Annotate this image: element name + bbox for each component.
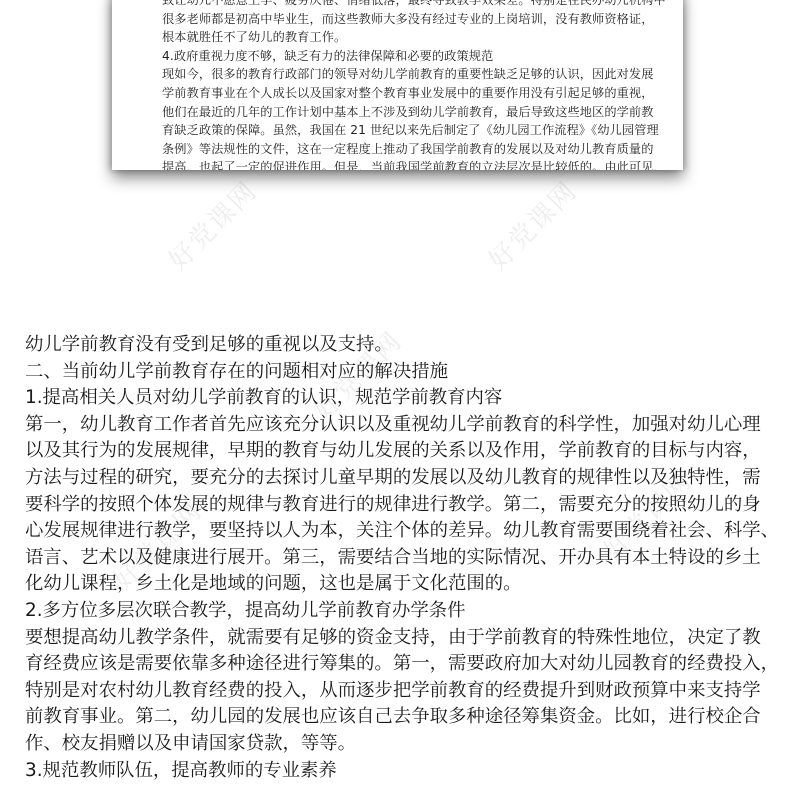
body-line: 特别是对农村幼儿教育经费的投入，从而逐步把学前教育的经费提升到财政预算中来支持学 — [25, 678, 785, 705]
card-line: 学前教育事业在个人成长以及国家对整个教育事业发展中的重要作用没有引起足够的重视， — [162, 84, 667, 103]
card-line: 提高，也起了一定的促进作用。但是，当前我国学前教育的立法层次是比较低的。由此可见… — [162, 158, 667, 170]
watermark: 好党课网 — [159, 172, 264, 277]
document-page-text: 致让幼儿不愿意上学、疲劳厌倦、情绪低落，最终导致教学效果差。特别是在民办幼儿机构… — [162, 0, 667, 170]
subsection-heading: 2.多方位多层次联合教学，提高幼儿学前教育办学条件 — [25, 598, 785, 625]
card-line: 现如今，很多的教育行政部门的领导对幼儿学前教育的重要性缺乏足够的认识，因此对发展 — [162, 65, 667, 84]
body-line: 要科学的按照个体发展的规律与教育进行的规律进行教学。第二，需要充分的按照幼儿的身 — [25, 492, 785, 519]
body-line: 心发展规律进行教学，要坚持以人为本，关注个体的差异。幼儿教育需要围绕着社会、科学… — [25, 518, 785, 545]
body-line: 以及其行为的发展规律，早期的教育与幼儿发展的关系以及作用，学前教育的目标与内容， — [25, 438, 785, 465]
body-line: 要想提高幼儿教学条件，就需要有足够的资金支持，由于学前教育的特殊性地位，决定了教 — [25, 625, 785, 652]
document-page-preview: 致让幼儿不愿意上学、疲劳厌倦、情绪低落，最终导致教学效果差。特别是在民办幼儿机构… — [112, 0, 683, 170]
body-line: 幼儿学前教育没有受到足够的重视以及支持。 — [25, 332, 785, 359]
card-line-heading: 4.政府重视力度不够，缺乏有力的法律保障和必要的政策规范 — [162, 47, 667, 66]
body-line: 作、校友捐赠以及申请国家贷款，等等。 — [25, 731, 785, 758]
body-line: 前教育事业。第二，幼儿园的发展也应该自己去争取多种途径筹集资金。比如，进行校企合 — [25, 704, 785, 731]
watermark: 好党课网 — [479, 172, 584, 277]
body-line: 方法与过程的研究，要充分的去探讨儿童早期的发展以及幼儿教育的规律性以及独特性，需 — [25, 465, 785, 492]
card-line: 致让幼儿不愿意上学、疲劳厌倦、情绪低落，最终导致教学效果差。特别是在民办幼儿机构… — [162, 0, 667, 10]
card-line: 育缺乏政策的保障。虽然，我国在 21 世纪以来先后制定了《幼儿园工作流程》《幼儿… — [162, 121, 667, 140]
body-line: 化幼儿课程，乡土化是地域的问题，这也是属于文化范围的。 — [25, 571, 785, 598]
section-heading: 二、当前幼儿学前教育存在的问题相对应的解决措施 — [25, 359, 785, 386]
card-line: 很多老师都是初高中毕业生，而这些教师大多没有经过专业的上岗培训，没有教师资格证， — [162, 10, 667, 29]
card-line: 条例》等法规性的文件，这在一定程度上推动了我国学前教育的发展以及对幼儿教育质量的 — [162, 140, 667, 159]
body-line: 第一，幼儿教育工作者首先应该充分认识以及重视幼儿学前教育的科学性，加强对幼儿心理 — [25, 412, 785, 439]
subsection-heading: 1.提高相关人员对幼儿学前教育的认识，规范学前教育内容 — [25, 385, 785, 412]
body-line: 语言、艺术以及健康进行展开。第三，需要结合当地的实际情况、开办具有本土特设的乡土 — [25, 545, 785, 572]
card-line: 他们在最近的几年的工作计划中基本上不涉及到幼儿学前教育，最后导致这些地区的学前教 — [162, 103, 667, 122]
document-body: 幼儿学前教育没有受到足够的重视以及支持。 二、当前幼儿学前教育存在的问题相对应的… — [25, 332, 785, 784]
subsection-heading: 3.规范教师队伍，提高教师的专业素养 — [25, 758, 785, 785]
body-line: 育经费应该是需要依靠多种途径进行筹集的。第一，需要政府加大对幼儿园教育的经费投入… — [25, 651, 785, 678]
card-line: 根本就胜任不了幼儿的教育工作。 — [162, 28, 667, 47]
